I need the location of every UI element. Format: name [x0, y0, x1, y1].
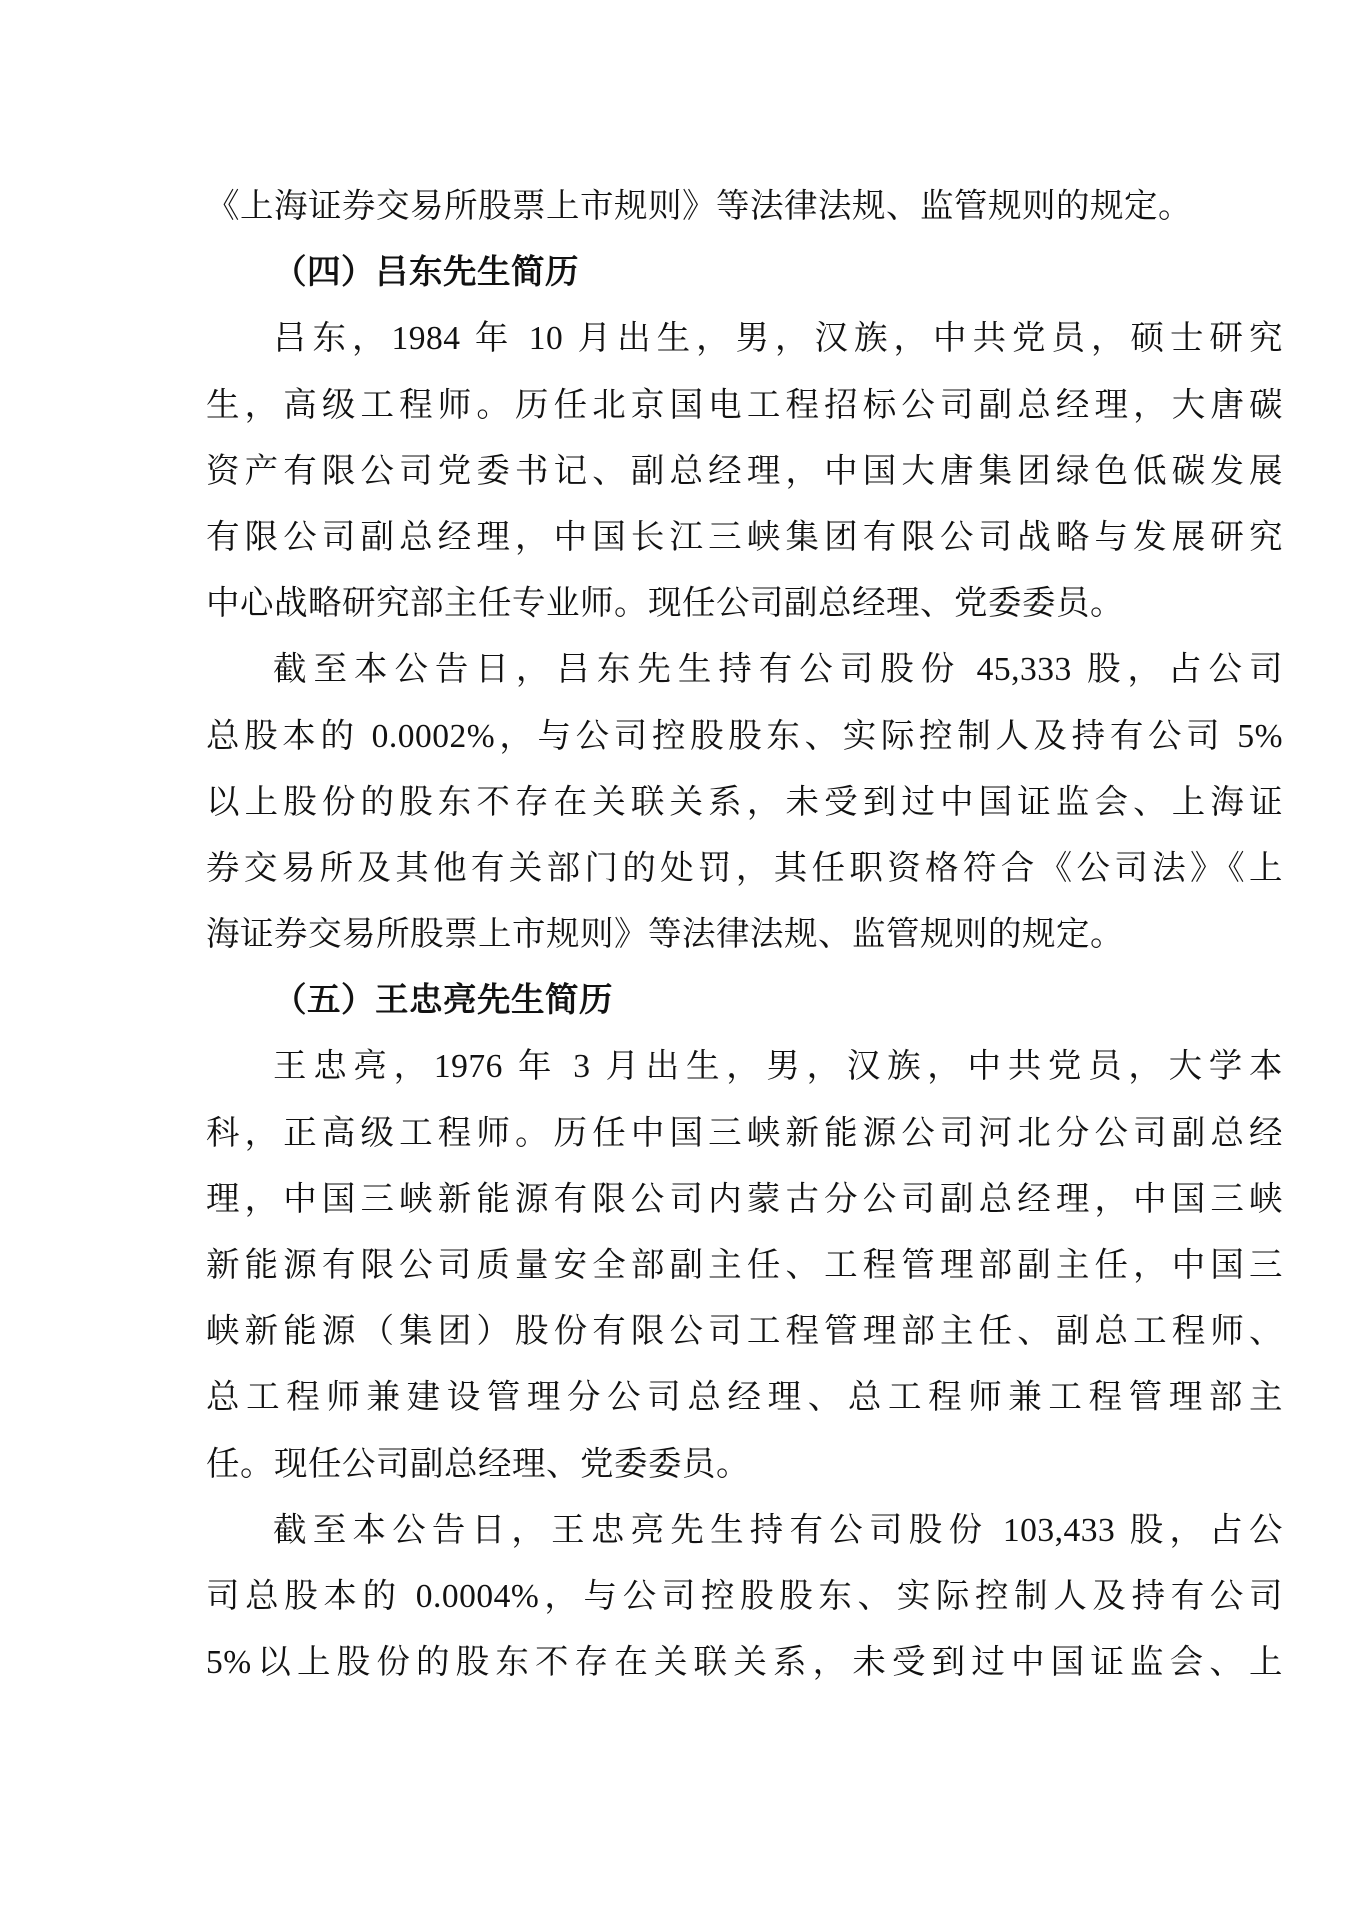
text-line: 理，中国三峡新能源有限公司内蒙古分公司副总经理，中国三峡: [206, 1167, 1283, 1233]
text-line: 任。现任公司副总经理、党委委员。: [206, 1432, 1283, 1498]
text-line: 以上股份的股东不存在关联关系，未受到过中国证监会、上海证: [206, 770, 1283, 836]
text-line: 截至本公告日，吕东先生持有公司股份 45,333 股，占公司: [206, 637, 1283, 703]
text-line: 券交易所及其他有关部门的处罚，其任职资格符合《公司法》《上: [206, 836, 1283, 902]
text-line: 海证券交易所股票上市规则》等法律法规、监管规则的规定。: [206, 902, 1283, 968]
section-heading-4: （四）吕东先生简历: [206, 240, 1283, 306]
text-line: 新能源有限公司质量安全部副主任、工程管理部副主任，中国三: [206, 1233, 1283, 1299]
document-text-body: 《上海证券交易所股票上市规则》等法律法规、监管规则的规定。 （四）吕东先生简历 …: [206, 174, 1283, 1696]
document-page: 《上海证券交易所股票上市规则》等法律法规、监管规则的规定。 （四）吕东先生简历 …: [0, 0, 1357, 1920]
text-line: 中心战略研究部主任专业师。现任公司副总经理、党委委员。: [206, 571, 1283, 637]
text-line: 总股本的 0.0002%，与公司控股股东、实际控制人及持有公司 5%: [206, 704, 1283, 770]
text-line: 5%以上股份的股东不存在关联关系，未受到过中国证监会、上: [206, 1630, 1283, 1696]
text-line: 司总股本的 0.0004%，与公司控股股东、实际控制人及持有公司: [206, 1564, 1283, 1630]
text-line: 吕东，1984 年 10 月出生，男，汉族，中共党员，硕士研究: [206, 306, 1283, 372]
text-line: 峡新能源（集团）股份有限公司工程管理部主任、副总工程师、: [206, 1299, 1283, 1365]
text-line: 资产有限公司党委书记、副总经理，中国大唐集团绿色低碳发展: [206, 439, 1283, 505]
text-line: 科，正高级工程师。历任中国三峡新能源公司河北分公司副总经: [206, 1101, 1283, 1167]
text-line: 截至本公告日，王忠亮先生持有公司股份 103,433 股，占公: [206, 1498, 1283, 1564]
section-heading-5: （五）王忠亮先生简历: [206, 968, 1283, 1034]
text-line: 王忠亮，1976 年 3 月出生，男，汉族，中共党员，大学本: [206, 1034, 1283, 1100]
text-line: 总工程师兼建设管理分公司总经理、总工程师兼工程管理部主: [206, 1365, 1283, 1431]
text-line: 有限公司副总经理，中国长江三峡集团有限公司战略与发展研究: [206, 505, 1283, 571]
text-line: 《上海证券交易所股票上市规则》等法律法规、监管规则的规定。: [206, 174, 1283, 240]
text-line: 生，高级工程师。历任北京国电工程招标公司副总经理，大唐碳: [206, 373, 1283, 439]
